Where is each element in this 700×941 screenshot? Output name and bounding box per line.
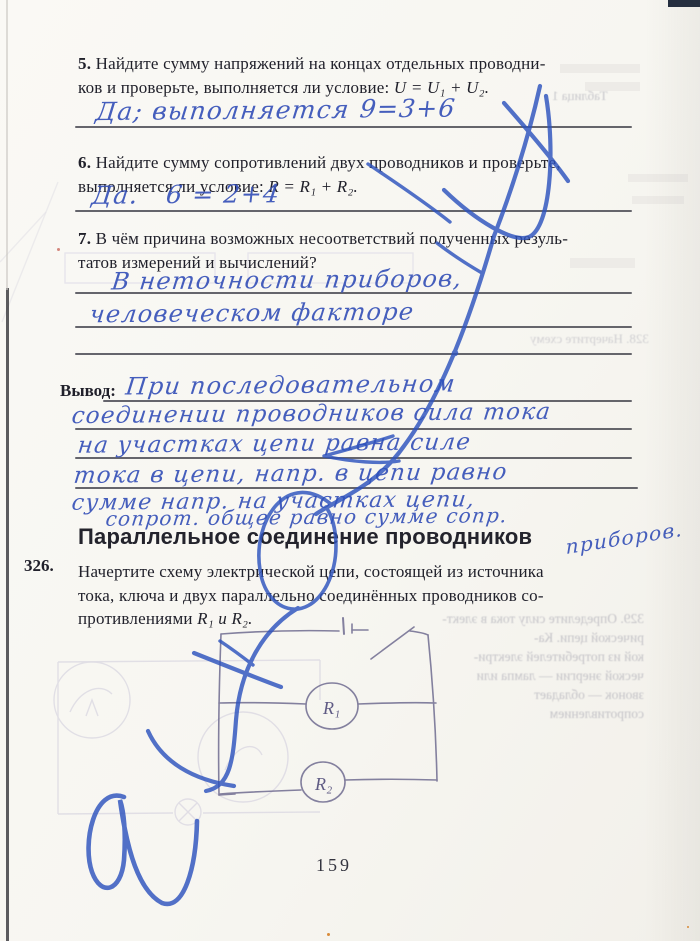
workbook-page: Таблица 1 328. Начертите схему 329. Опре… — [0, 0, 700, 941]
paper-shade-right — [645, 0, 700, 941]
paper-edge-left — [6, 288, 9, 941]
paper-speck — [687, 926, 689, 928]
pen-scribble — [0, 0, 700, 941]
paper-edge-left-faint — [6, 0, 8, 290]
paper-speck — [327, 933, 330, 936]
paper-speck — [57, 248, 60, 251]
page-number: 159 — [316, 855, 352, 876]
